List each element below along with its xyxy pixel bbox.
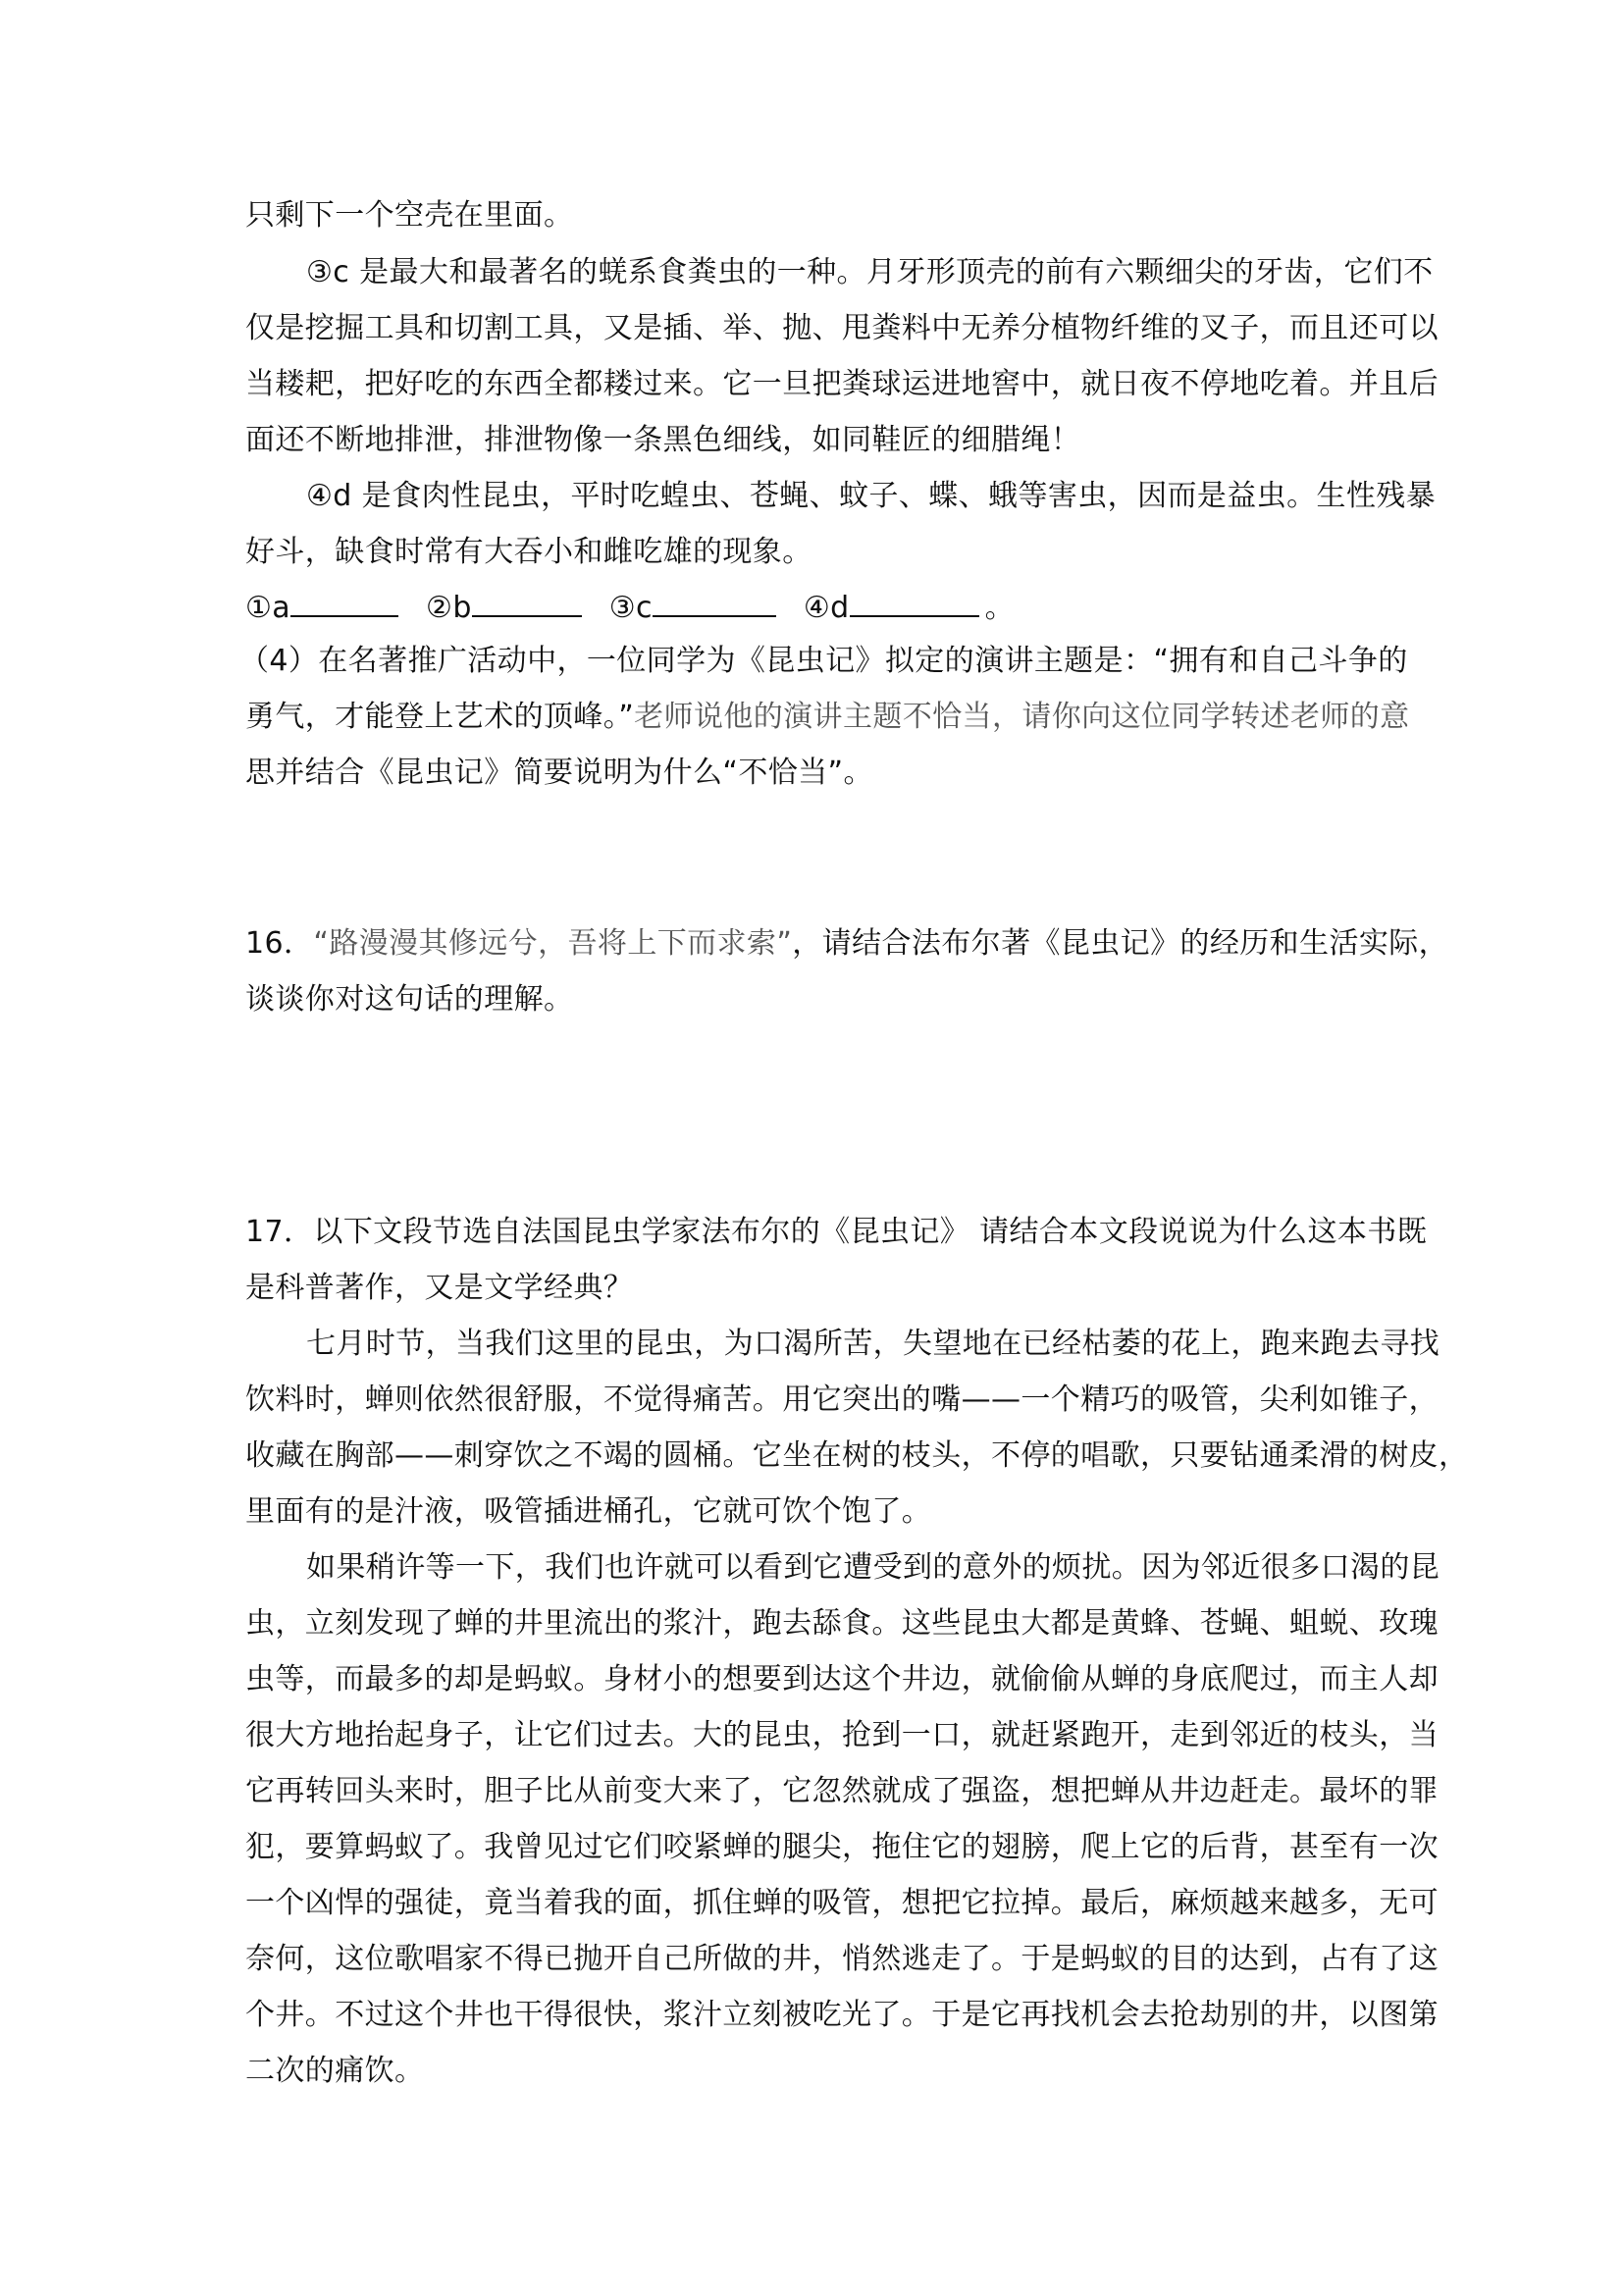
blank-label-c: ③c <box>609 591 653 625</box>
item4-line-2: 好斗，缺食时常有大吞小和雌吃雄的现象。 <box>245 533 812 572</box>
item3-line-2: 仅是挖掘工具和切割工具，又是插、举、抛、甩粪料中无养分植物纤维的叉子，而且还可以 <box>245 309 1439 348</box>
question16-rest: ，请结合法布尔著《昆虫记》的经历和生活实际， <box>792 926 1448 961</box>
passage-line-10: 犯，要算蚂蚁了。我曾见过它们咬紧蝉的腿尖，拖住它的翅膀，爬上它的后背，甚至有一次 <box>245 1828 1439 1867</box>
item3-line-3: 当耧耙，把好吃的东西全都耧过来。它一旦把粪球运进地窖中，就日夜不停地吃着。并且后 <box>245 365 1439 404</box>
blank-d[interactable] <box>850 590 979 617</box>
question4-line-2-gray: 老师说他的演讲主题不恰当，请你向这位同学转述老师的意 <box>634 700 1409 734</box>
blank-label-a: ①a <box>245 591 290 625</box>
item3-line-1: ③c 是最大和最著名的蜣系食粪虫的一种。月牙形顶壳的前有六颗细尖的牙齿，它们不 <box>306 253 1434 292</box>
continuation-line: 只剩下一个空壳在里面。 <box>245 196 573 235</box>
passage-line-2: 饮料时，蝉则依然很舒服，不觉得痛苦。用它突出的嘴——一个精巧的吸管，尖利如锥子， <box>245 1381 1439 1420</box>
question16-quote: “路漫漫其修远兮，吾将上下而求索” <box>313 926 792 961</box>
passage-line-13: 个井。不过这个井也干得很快，浆汁立刻被吃光了。于是它再找机会去抢劫别的井，以图第 <box>245 1996 1439 2035</box>
passage-line-3: 收藏在胸部——刺穿饮之不竭的圆桶。它坐在树的枝头，不停的唱歌，只要钻通柔滑的树皮… <box>245 1436 1468 1476</box>
passage-line-4: 里面有的是汁液，吸管插进桶孔，它就可饮个饱了。 <box>245 1492 931 1532</box>
passage-line-14: 二次的痛饮。 <box>245 2052 424 2091</box>
passage-line-6: 虫，立刻发现了蝉的井里流出的浆汁，跑去舔食。这些昆虫大都是黄蜂、苍蝇、蛆蜕、玫瑰 <box>245 1604 1439 1644</box>
passage-line-7: 虫等，而最多的却是蚂蚁。身材小的想要到达这个井边，就偷偷从蝉的身底爬过，而主人却 <box>245 1660 1439 1699</box>
question16-number: 16． <box>245 926 313 961</box>
blank-a[interactable] <box>290 590 398 617</box>
blank-c[interactable] <box>653 590 776 617</box>
passage-line-5: 如果稍许等一下，我们也许就可以看到它遭受到的意外的烦扰。因为邻近很多口渴的昆 <box>306 1548 1440 1588</box>
item3-line-4: 面还不断地排泄，排泄物像一条黑色细线，如同鞋匠的细腊绳！ <box>245 421 1080 460</box>
passage-line-8: 很大方地抬起身子，让它们过去。大的昆虫，抢到一口，就赶紧跑开，走到邻近的枝头，当 <box>245 1716 1439 1755</box>
item4-line-1: ④d 是食肉性昆虫，平时吃蝗虫、苍蝇、蚊子、蝶、蛾等害虫，因而是益虫。生性残暴 <box>306 477 1436 516</box>
blank-label-d: ④d <box>804 591 850 625</box>
passage-line-9: 它再转回头来时，胆子比从前变大来了，它忽然就成了强盗，想把蝉从井边赶走。最坏的罪 <box>245 1772 1439 1811</box>
blank-end-punct: 。 <box>985 591 1015 625</box>
blank-b[interactable] <box>472 590 582 617</box>
question16-line-1: 16．“路漫漫其修远兮，吾将上下而求索”，请结合法布尔著《昆虫记》的经历和生活实… <box>245 924 1448 964</box>
question4-line-2: 勇气，才能登上艺术的顶峰。”老师说他的演讲主题不恰当，请你向这位同学转述老师的意 <box>245 698 1410 737</box>
question4-line-3: 思并结合《昆虫记》简要说明为什么“不恰当”。 <box>245 754 873 793</box>
question4-line-2-dark: 勇气，才能登上艺术的顶峰。” <box>245 700 634 734</box>
passage-line-12: 奈何，这位歌唱家不得已抛开自己所做的井，悄然逃走了。于是蚂蚁的目的达到，占有了这 <box>245 1940 1439 1979</box>
question4-line-1: （4）在名著推广活动中，一位同学为《昆虫记》拟定的演讲主题是：“拥有和自己斗争的 <box>239 642 1408 681</box>
passage-line-11: 一个凶悍的强徒，竟当着我的面，抓住蝉的吸管，想把它拉掉。最后，麻烦越来越多，无可 <box>245 1884 1439 1923</box>
question17-line-2: 是科普著作，又是文学经典？ <box>245 1269 633 1308</box>
question16-line-2: 谈谈你对这句话的理解。 <box>245 980 573 1019</box>
blank-label-b: ②b <box>426 591 472 625</box>
passage-line-1: 七月时节，当我们这里的昆虫，为口渴所苦，失望地在已经枯萎的花上，跑来跑去寻找 <box>306 1325 1440 1364</box>
question17-line-1: 17．以下文段节选自法国昆虫学家法布尔的《昆虫记》 请结合本文段说说为什么这本书… <box>245 1213 1427 1252</box>
answer-blanks-row: ①a ②b ③c ④d。 <box>245 589 1015 628</box>
